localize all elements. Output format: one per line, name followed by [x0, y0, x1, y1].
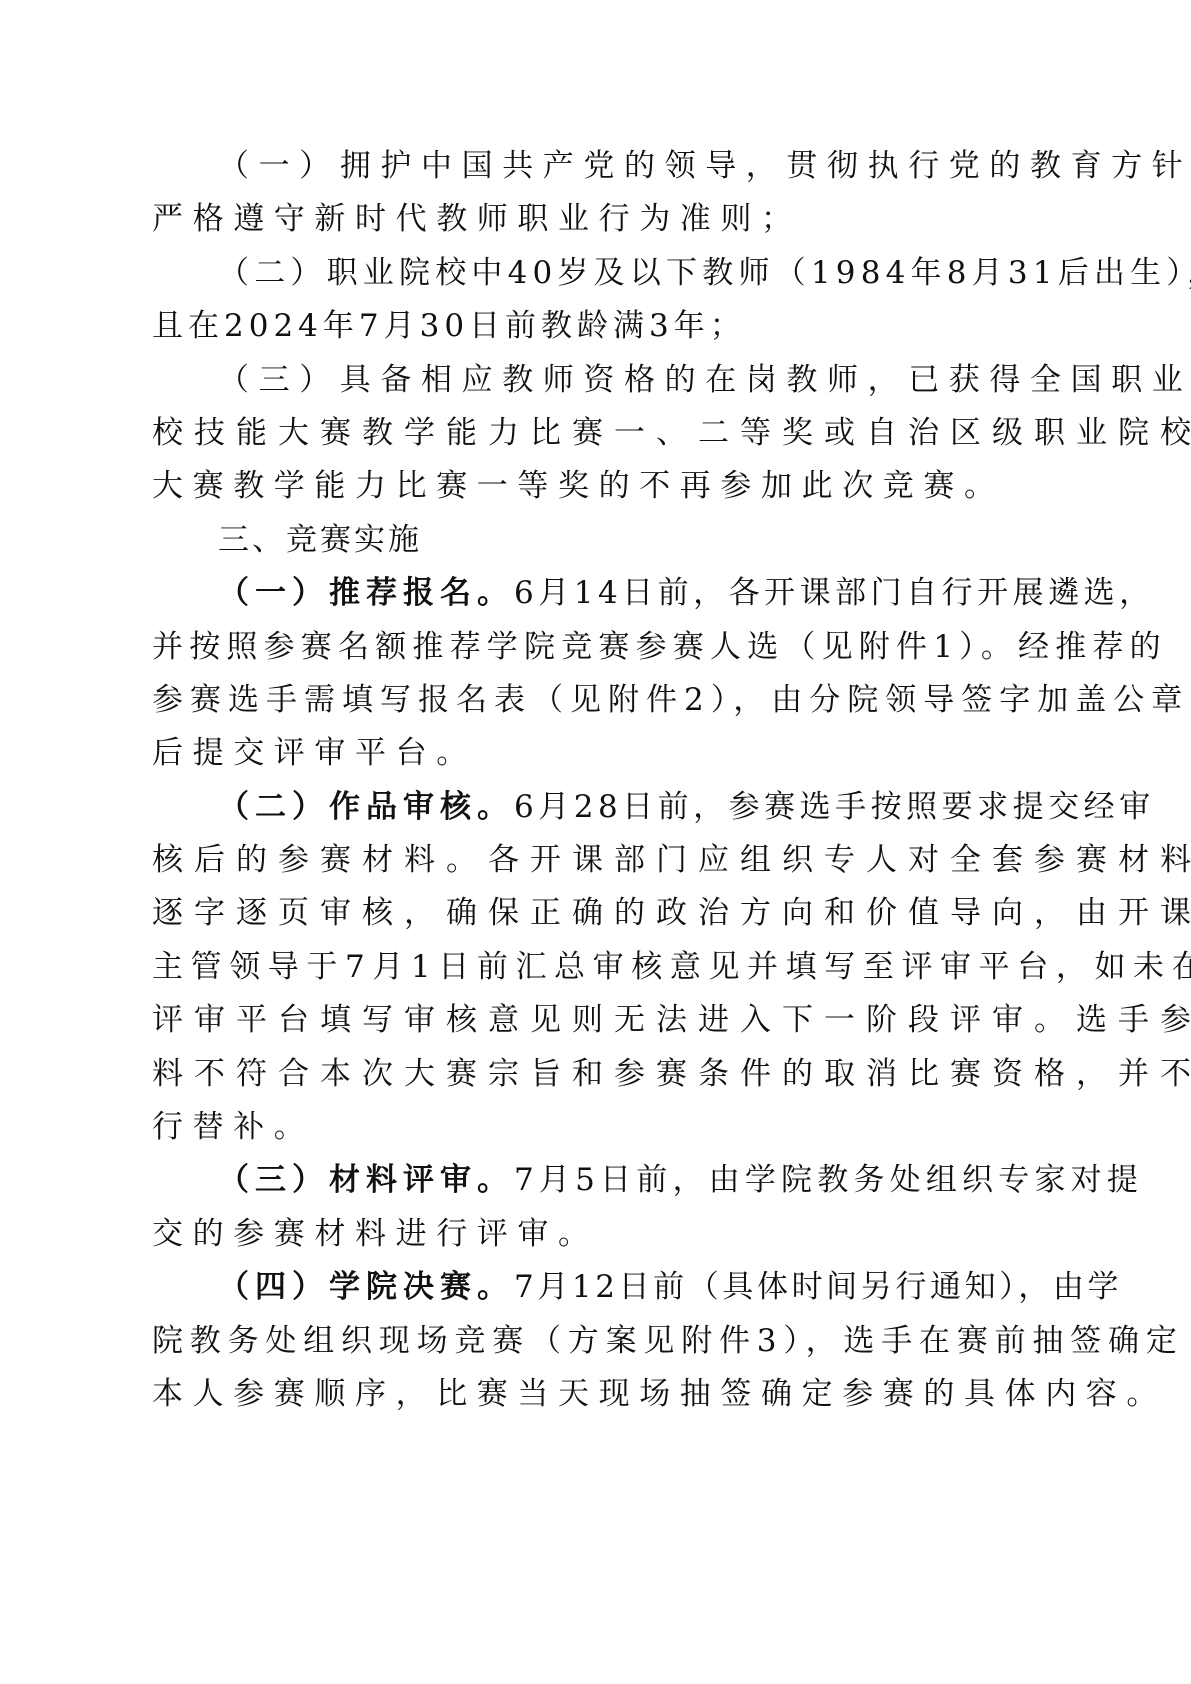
step-4-line-2: 院教务处组织现场竞赛（方案见附件3），选手在赛前抽签确定	[152, 1315, 1042, 1368]
step-1-line-4: 后提交评审平台。	[152, 727, 1042, 780]
step-2-line-2: 核后的参赛材料。各开课部门应组织专人对全套参赛材料进行	[152, 834, 1042, 887]
step-4-line-3: 本人参赛顺序，比赛当天现场抽签确定参赛的具体内容。	[152, 1368, 1042, 1421]
requirement-1-line-1: （一）拥护中国共产党的领导，贯彻执行党的教育方针，	[152, 140, 1042, 193]
step-2-line-4: 主管领导于7月1日前汇总审核意见并填写至评审平台，如未在	[152, 941, 1042, 994]
step-4-line-1: （四）学院决赛。7月12日前（具体时间另行通知），由学	[152, 1261, 1042, 1314]
step-1-title: （一）推荐报名。	[218, 575, 514, 611]
step-4-text: 7月12日前（具体时间另行通知），由学	[514, 1269, 1122, 1305]
requirement-3-line-1: （三）具备相应教师资格的在岗教师，已获得全国职业院	[152, 354, 1042, 407]
step-3-title: （三）材料评审。	[218, 1162, 514, 1198]
requirement-2-line-1: （二）职业院校中40岁及以下教师（1984年8月31后出生），	[152, 247, 1042, 300]
step-1-line-3: 参赛选手需填写报名表（见附件2），由分院领导签字加盖公章	[152, 674, 1042, 727]
step-2-title: （二）作品审核。	[218, 789, 514, 825]
step-1-line-2: 并按照参赛名额推荐学院竞赛参赛人选（见附件1）。经推荐的	[152, 621, 1042, 674]
step-2-line-1: （二）作品审核。6月28日前，参赛选手按照要求提交经审	[152, 781, 1042, 834]
requirement-3-line-2: 校技能大赛教学能力比赛一、二等奖或自治区级职业院校技能	[152, 407, 1042, 460]
document-page: （一）拥护中国共产党的领导，贯彻执行党的教育方针， 严格遵守新时代教师职业行为准…	[152, 140, 1042, 1421]
step-2-line-7: 行替补。	[152, 1101, 1042, 1154]
section-heading: 三、竞赛实施	[152, 514, 1042, 567]
step-1-line-1: （一）推荐报名。6月14日前，各开课部门自行开展遴选，	[152, 567, 1042, 620]
step-2-text: 6月28日前，参赛选手按照要求提交经审	[514, 789, 1155, 825]
step-1-text: 6月14日前，各开课部门自行开展遴选，	[514, 575, 1155, 611]
requirement-3-line-3: 大赛教学能力比赛一等奖的不再参加此次竞赛。	[152, 460, 1042, 513]
requirement-1-line-2: 严格遵守新时代教师职业行为准则；	[152, 193, 1042, 246]
step-3-line-2: 交的参赛材料进行评审。	[152, 1208, 1042, 1261]
step-3-text: 7月5日前，由学院教务处组织专家对提	[514, 1162, 1143, 1198]
step-3-line-1: （三）材料评审。7月5日前，由学院教务处组织专家对提	[152, 1154, 1042, 1207]
step-2-line-3: 逐字逐页审核，确保正确的政治方向和价值导向，由开课部门	[152, 887, 1042, 940]
requirement-2-line-2: 且在2024年7月30日前教龄满3年；	[152, 300, 1042, 353]
step-2-line-5: 评审平台填写审核意见则无法进入下一阶段评审。选手参赛材	[152, 994, 1042, 1047]
step-2-line-6: 料不符合本次大赛宗旨和参赛条件的取消比赛资格，并不再进	[152, 1048, 1042, 1101]
step-4-title: （四）学院决赛。	[218, 1269, 514, 1305]
